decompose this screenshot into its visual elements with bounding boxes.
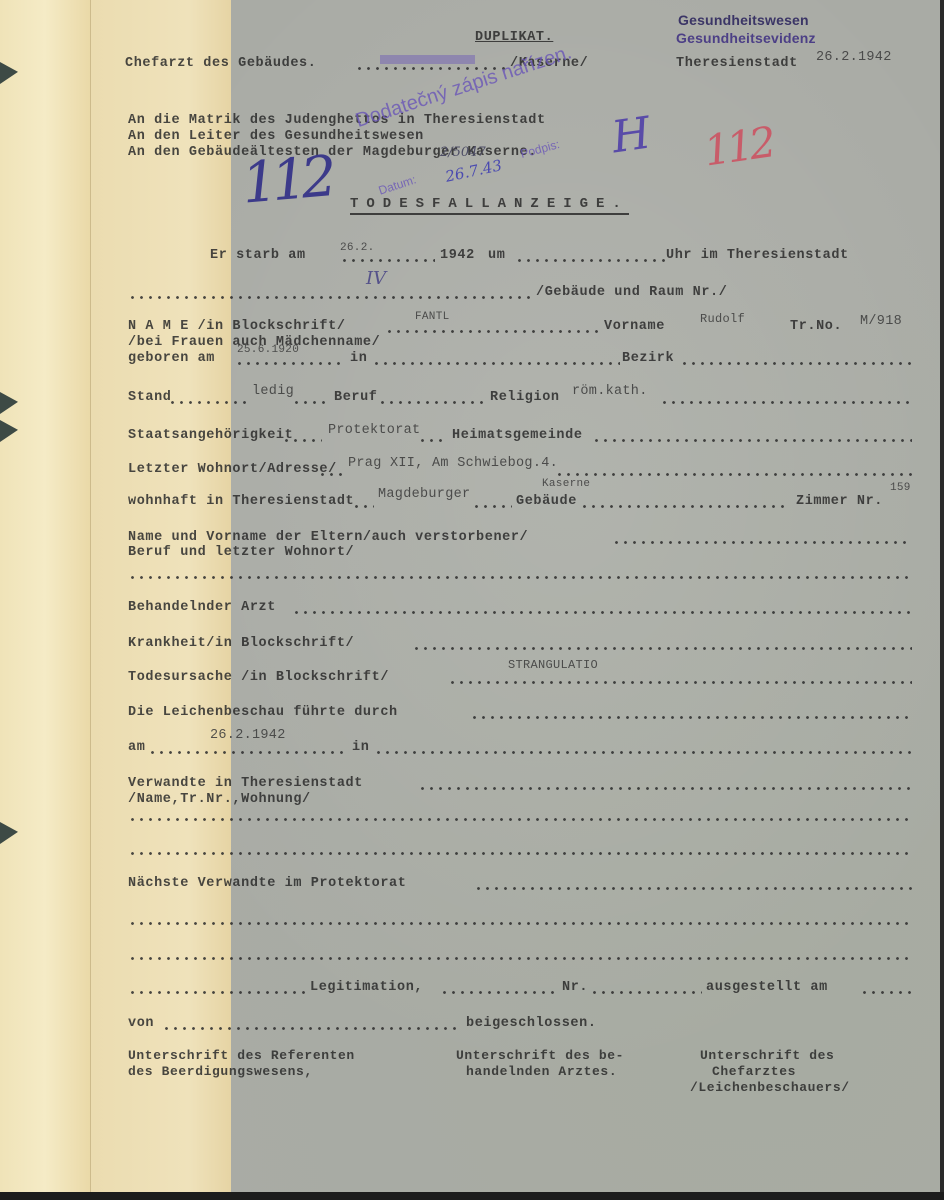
recipient-line: An den Leiter des Gesundheitswesen: [128, 129, 424, 144]
duplikat-label: DUPLIKAT.: [475, 30, 553, 45]
dotted-line: [472, 505, 512, 508]
health-stamp-line1: Gesundheitswesen: [678, 12, 809, 28]
vorname-label: Vorname: [604, 319, 665, 334]
geboren-label: geboren am: [128, 351, 215, 366]
handwritten-initial: H: [609, 108, 654, 164]
starb-value: 26.2.: [340, 242, 375, 254]
year-value: 1942: [440, 248, 475, 263]
dotted-line: [318, 473, 343, 476]
dotted-line: [680, 362, 912, 365]
crossed-out-stamp: [380, 55, 475, 64]
um-label: um: [488, 248, 505, 263]
dotted-line: [235, 362, 345, 365]
leichenbeschau-label: Die Leichenbeschau führte durch: [128, 705, 398, 720]
dotted-line: [660, 401, 912, 404]
am-label: am: [128, 740, 145, 755]
dotted-line: [474, 887, 912, 890]
dotted-line: [128, 922, 912, 925]
staatsangehoerigkeit-value: Protektorat: [328, 423, 420, 438]
todesursache-label: Todesursache /in Blockschrift/: [128, 670, 389, 685]
signature-chefarzt-line3: /Leichenbeschauers/: [690, 1080, 850, 1095]
stamp-datum-label: Datum:: [377, 172, 418, 197]
kaserne-value: Kaserne: [542, 478, 590, 490]
beigeschlossen-label: beigeschlossen.: [466, 1016, 597, 1031]
dotted-line: [860, 991, 912, 994]
signature-arzt-line2: handelnden Arztes.: [466, 1064, 617, 1079]
dotted-line: [168, 401, 248, 404]
arzt-label: Behandelnder Arzt: [128, 600, 276, 615]
stamp-podpis-label: Podpis:: [519, 137, 561, 161]
wohnort-value: Prag XII, Am Schwiebog.4.: [348, 456, 558, 471]
recipient-line: An die Matrik des Judenghettos in Theres…: [128, 113, 546, 128]
name-label: N A M E /in Blockschrift/: [128, 319, 346, 334]
dotted-line: [590, 991, 702, 994]
todesursache-value: STRANGULATIO: [508, 658, 598, 672]
zimmer-value: 159: [890, 482, 911, 494]
signature-referent-line2: des Beerdigungswesens,: [128, 1064, 313, 1079]
dotted-line: [555, 473, 912, 476]
dotted-line: [292, 611, 912, 614]
wohnhaft-value: Magdeburger: [378, 487, 470, 502]
dotted-line: [352, 505, 374, 508]
document-title: TODESFALLANZEIGE.: [350, 196, 629, 215]
paper-edge: [0, 1192, 944, 1200]
handwritten-red-number: 112: [701, 117, 775, 175]
dotted-line: [378, 401, 488, 404]
gebaude-raum-label: /Gebäude und Raum Nr./: [536, 285, 727, 300]
legitimation-label: Legitimation,: [310, 980, 423, 995]
signature-arzt-line1: Unterschrift des be-: [456, 1048, 624, 1063]
dotted-line: [418, 439, 448, 442]
dotted-line: [282, 439, 322, 442]
dotted-line: [592, 439, 912, 442]
signature-chefarzt-line2: Chefarztes: [712, 1064, 796, 1079]
dotted-line: [162, 1027, 462, 1030]
dotted-line: [128, 296, 533, 299]
verwandte-sub-label: /Name,Tr.Nr.,Wohnung/: [128, 792, 311, 807]
document-page: DUPLIKAT. Gesundheitswesen Gesundheitsev…: [0, 0, 944, 1200]
dotted-line: [470, 716, 912, 719]
chefarzt-label: Chefarzt des Gebäudes.: [125, 56, 316, 71]
eltern-label: Name und Vorname der Eltern/auch verstor…: [128, 530, 528, 545]
bezirk-label: Bezirk: [622, 351, 674, 366]
dotted-line: [148, 751, 348, 754]
von-label: von: [128, 1016, 154, 1031]
dotted-line: [340, 259, 435, 262]
dotted-line: [580, 505, 790, 508]
dotted-line: [128, 818, 912, 821]
dotted-line: [128, 991, 308, 994]
stamp-datum-value: 26.7.43: [444, 156, 504, 186]
stand-label: Stand: [128, 390, 172, 405]
staatsangehoerigkeit-label: Staatsangehörigkeit: [128, 428, 293, 443]
vorname-value: Rudolf: [700, 312, 745, 326]
surname-value: FANTL: [415, 311, 450, 323]
dotted-line: [128, 852, 912, 855]
dotted-line: [374, 751, 912, 754]
dotted-line: [128, 957, 912, 960]
paper-edge: [940, 0, 944, 1200]
dotted-line: [385, 330, 600, 333]
handwritten-number: 112: [239, 144, 333, 216]
krankheit-label: Krankheit/in Blockschrift/: [128, 636, 354, 651]
dotted-line: [292, 401, 330, 404]
place-label: Theresienstadt: [676, 56, 798, 71]
nr-label: Nr.: [562, 980, 588, 995]
trnr-value: M/918: [860, 314, 902, 329]
wohnhaft-label: wohnhaft in Theresienstadt: [128, 494, 354, 509]
am-value: 26.2.1942: [210, 728, 286, 743]
starb-label: Er starb am: [210, 248, 306, 263]
place-date-value: 26.2.1942: [816, 50, 892, 65]
dotted-line: [412, 647, 912, 650]
health-stamp-line2: Gesundheitsevidenz: [676, 30, 816, 46]
dotted-line: [418, 787, 912, 790]
in2-label: in: [352, 740, 369, 755]
dotted-line: [612, 541, 912, 544]
dotted-line: [128, 576, 912, 579]
signature-chefarzt-line1: Unterschrift des: [700, 1048, 834, 1063]
reference-number: 2/5047: [440, 145, 486, 160]
paper-margin-strip: [0, 0, 90, 1200]
beruf-label: Beruf: [334, 390, 378, 405]
zimmer-label: Zimmer Nr.: [796, 494, 883, 509]
signature-referent-line1: Unterschrift des Referenten: [128, 1048, 355, 1063]
in-label: in: [350, 351, 367, 366]
gebaude-label: Gebäude: [516, 494, 577, 509]
stand-value: ledig: [252, 384, 294, 399]
religion-value: röm.kath.: [572, 384, 648, 399]
naechste-verwandte-label: Nächste Verwandte im Protektorat: [128, 876, 406, 891]
dotted-line: [440, 991, 560, 994]
verwandte-label: Verwandte in Theresienstadt: [128, 776, 363, 791]
wohnort-label: Letzter Wohnort/Adresse/: [128, 462, 337, 477]
religion-label: Religion: [490, 390, 560, 405]
geboren-value: 25.6.1920: [237, 344, 299, 356]
uhr-label: Uhr im Theresienstadt: [666, 248, 849, 263]
dotted-line: [372, 362, 620, 365]
trnr-label: Tr.No.: [790, 319, 842, 334]
eltern-beruf-label: Beruf und letzter Wohnort/: [128, 545, 354, 560]
ausgestellt-label: ausgestellt am: [706, 980, 828, 995]
handwritten-roman: IV: [366, 268, 386, 289]
dotted-line: [448, 681, 912, 684]
heimatsgemeinde-label: Heimatsgemeinde: [452, 428, 583, 443]
dotted-line: [515, 259, 665, 262]
